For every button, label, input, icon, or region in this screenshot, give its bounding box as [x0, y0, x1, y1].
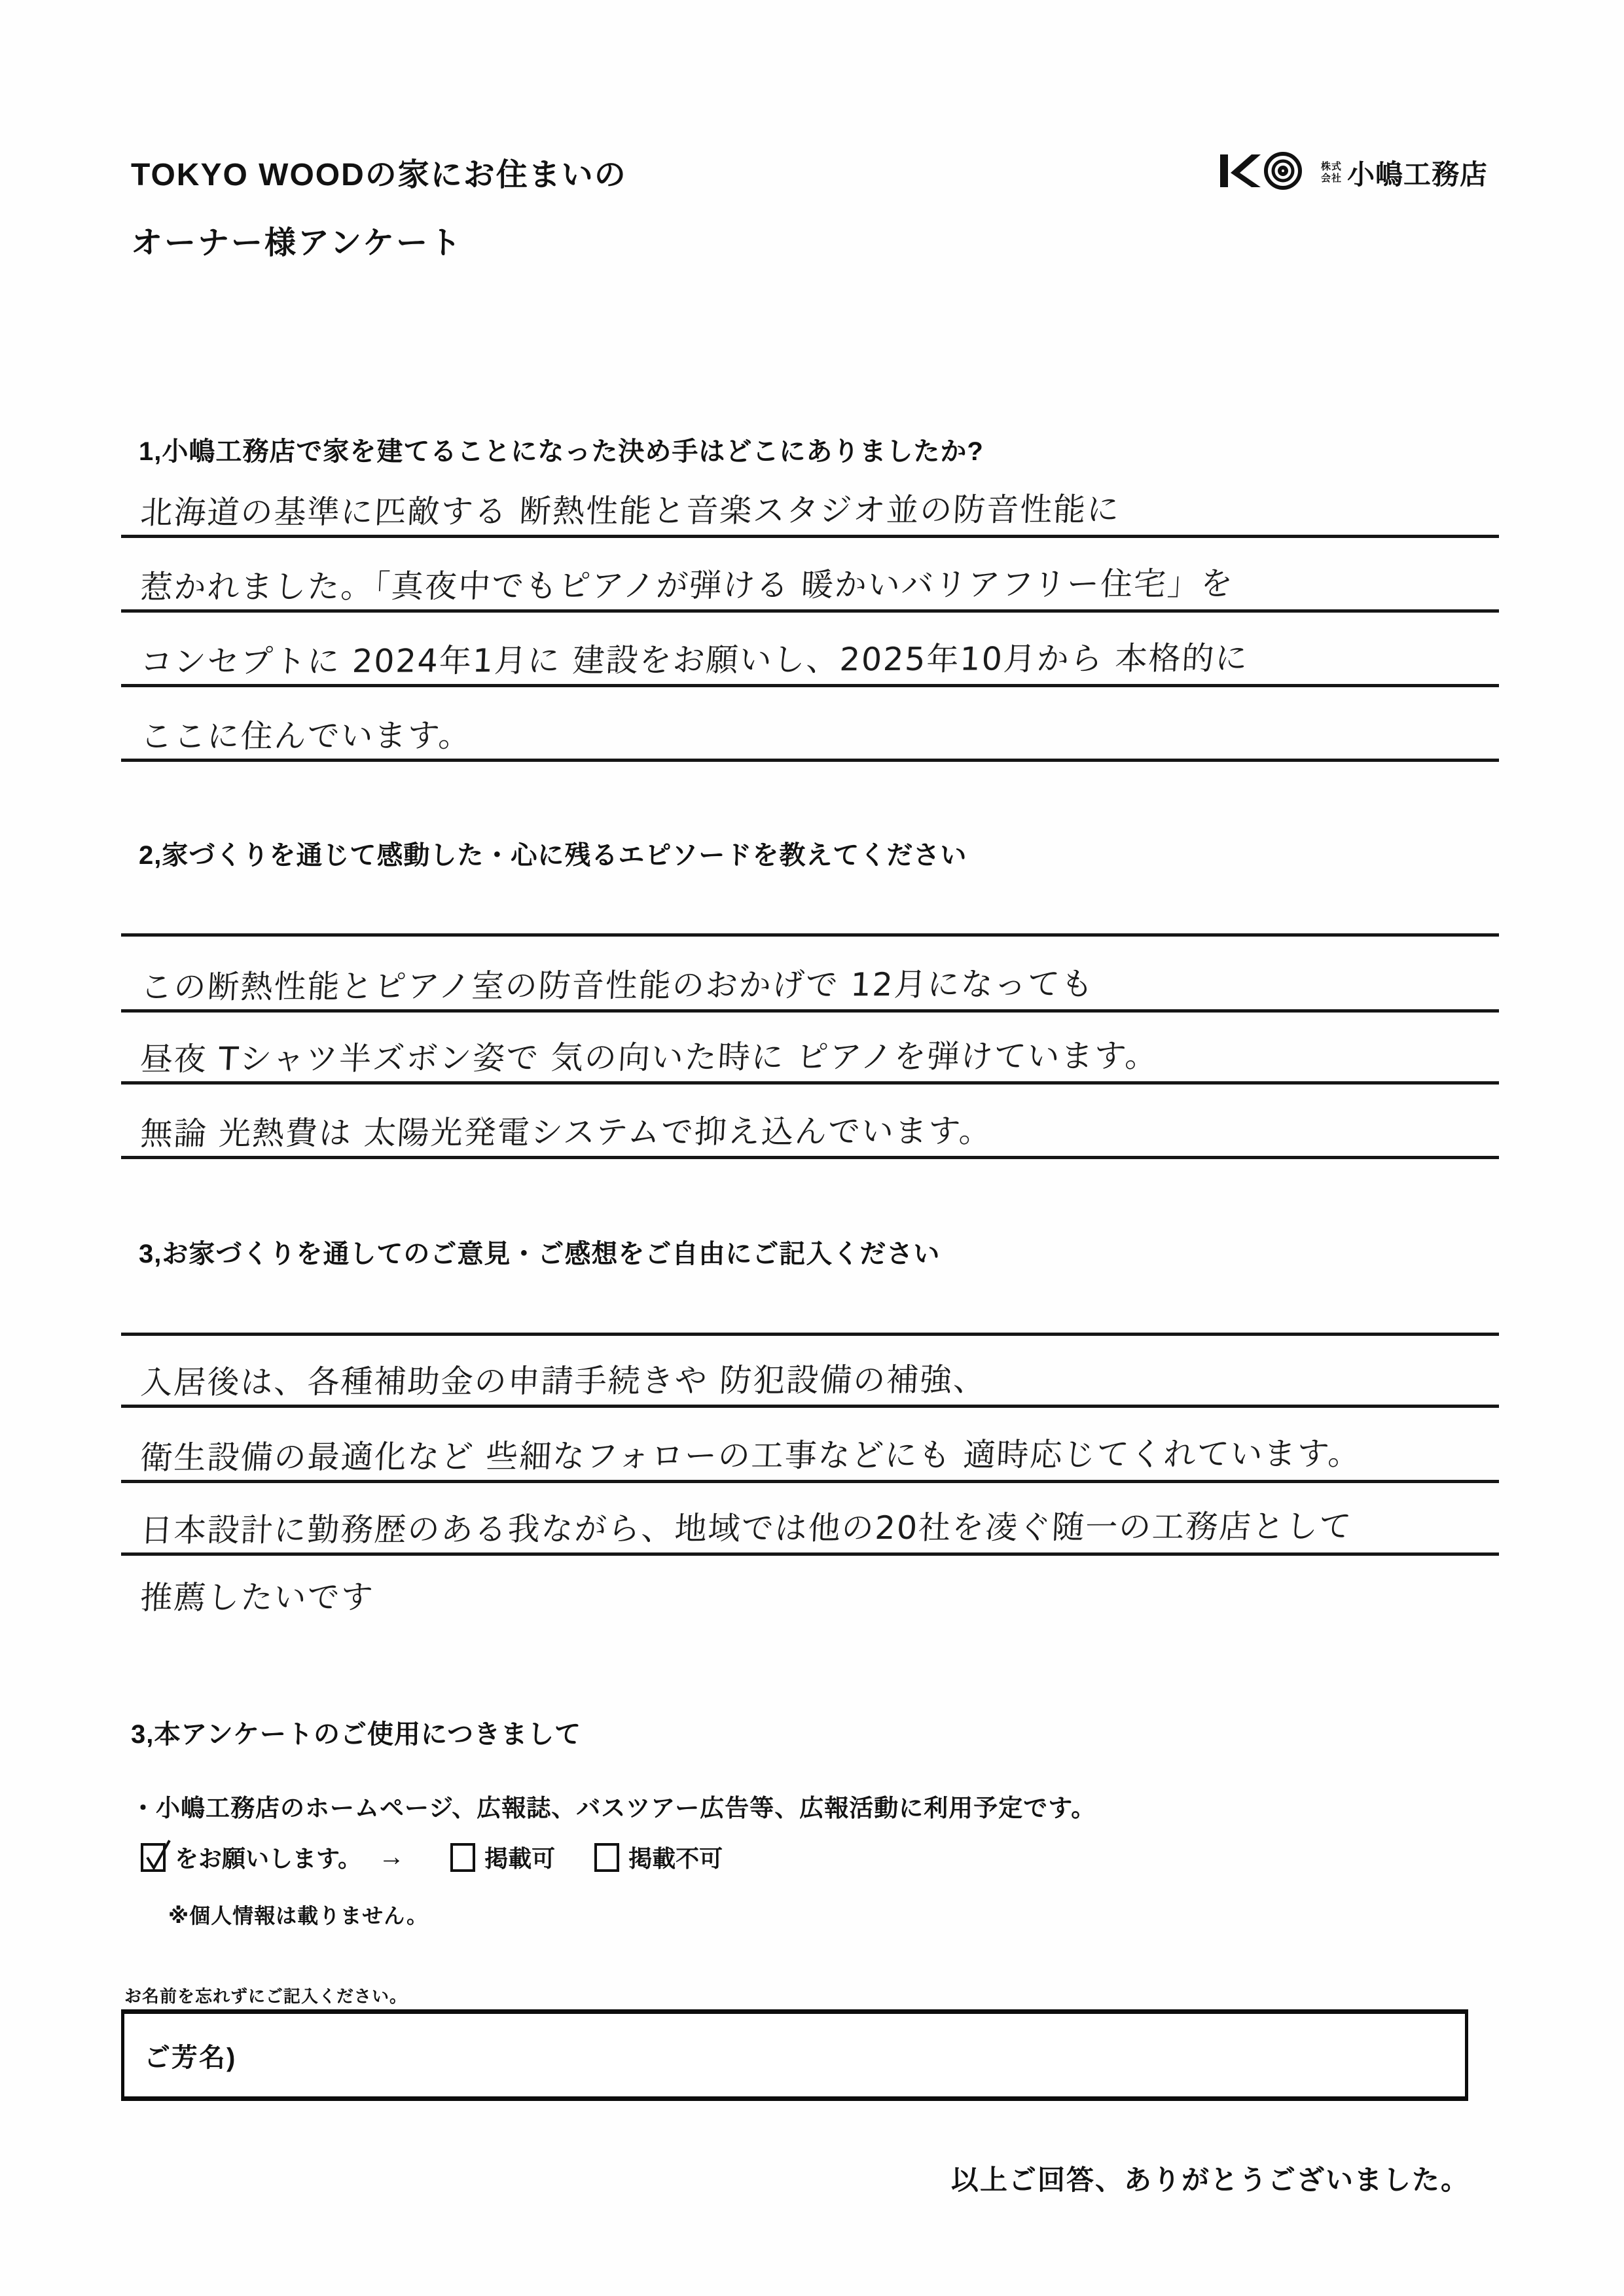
- page-title-line1: TOKYO WOODの家にお住まいの: [131, 149, 627, 194]
- question-3-label: 3,お家づくりを通してのご意見・ご感想をご自由にご記入ください: [139, 1233, 940, 1270]
- name-field[interactable]: ご芳名): [121, 2009, 1468, 2101]
- deny-publication-label: 掲載不可: [628, 1840, 723, 1874]
- handwritten-text: 惹かれました。「真夜中でもピアノが弾ける 暖かいバリアフリー住宅」を: [139, 558, 1235, 608]
- q1-answer-line-2: 惹かれました。「真夜中でもピアノが弾ける 暖かいバリアフリー住宅」を: [121, 547, 1499, 613]
- q3-answer-line-5: 推薦したいです: [121, 1554, 1499, 1620]
- q3-answer-line-4: 日本設計に勤務歴のある我ながら、地域では他の20社を凌ぐ随一の工務店として: [121, 1490, 1499, 1556]
- survey-document: TOKYO WOODの家にお住まいの オーナー様アンケート 株式 会社 小嶋工務…: [0, 0, 1624, 2296]
- check-request-label: をお願いします。: [175, 1840, 361, 1874]
- handwritten-text: 日本設計に勤務歴のある我ながら、地域では他の20社を凌ぐ随一の工務店として: [139, 1501, 1354, 1551]
- company-name: 小嶋工務店: [1347, 153, 1488, 192]
- question-2-label: 2,家づくりを通じて感動した・心に残るエピソードを教えてください: [139, 834, 967, 872]
- handwritten-text: 入居後は、各種補助金の申請手続きや 防犯設備の補強、: [139, 1354, 988, 1403]
- handwritten-text: 衛生設備の最適化など 些細なフォローの工事などにも 適時応じてくれています。: [139, 1428, 1363, 1479]
- arrow-icon: →: [378, 1842, 405, 1872]
- q2-answer-line-3: 昼夜 Tシャツ半ズボン姿で 気の向いた時に ピアノを弾けています。: [121, 1019, 1499, 1085]
- page-title-line2: オーナー様アンケート: [131, 217, 463, 262]
- handwritten-text: 推薦したいです: [139, 1572, 376, 1619]
- handwritten-text: この断熱性能とピアノ室の防音性能のおかげで 12月になっても: [139, 959, 1096, 1008]
- publication-choice-row: をお願いします。 → 掲載可 掲載不可: [141, 1840, 723, 1874]
- handwritten-text: 昼夜 Tシャツ半ズボン姿で 気の向いた時に ピアノを弾けています。: [139, 1031, 1160, 1080]
- company-legal-prefix-top: 株式: [1321, 161, 1342, 172]
- q3-answer-line-1: [121, 1270, 1499, 1336]
- company-legal-prefix: 株式 会社: [1321, 161, 1342, 184]
- allow-publication-checkbox[interactable]: [450, 1843, 475, 1872]
- closing-thanks: 以上ご回答、ありがとうございました。: [589, 2159, 1470, 2198]
- check-mark-icon: [141, 1838, 175, 1876]
- q2-answer-line-1: [121, 871, 1499, 937]
- checked-sample-checkbox[interactable]: [141, 1843, 166, 1872]
- company-logo: 株式 会社 小嶋工務店: [1218, 151, 1488, 194]
- name-instruction: お名前を忘れずにご記入ください。: [124, 1983, 407, 2007]
- company-logo-icon: [1218, 151, 1316, 194]
- deny-publication-checkbox[interactable]: [594, 1843, 619, 1872]
- q3-answer-line-3: 衛生設備の最適化など 些細なフォローの工事などにも 適時応じてくれています。: [121, 1418, 1499, 1483]
- privacy-note: ※個人情報は載りません。: [168, 1899, 428, 1929]
- q1-answer-line-1: 北海道の基準に匹敵する 断熱性能と音楽スタジオ並の防音性能に: [121, 473, 1499, 538]
- handwritten-text: ここに住んでいます。: [139, 710, 473, 757]
- question-1-label: 1,小嶋工務店で家を建てることになった決め手はどこにありましたか?: [139, 431, 984, 468]
- handwritten-text: 無論 光熱費は 太陽光発電システムで抑え込んでいます。: [139, 1105, 994, 1155]
- name-field-label: ご芳名): [144, 2037, 236, 2074]
- handwritten-text: 北海道の基準に匹敵する 断熱性能と音楽スタジオ並の防音性能に: [139, 484, 1121, 533]
- q1-answer-line-3: コンセプトに 2024年1月に 建設をお願いし、2025年10月から 本格的に: [121, 622, 1499, 687]
- company-legal-prefix-bottom: 会社: [1321, 173, 1342, 184]
- usage-section-heading: 3,本アンケートのご使用につきまして: [131, 1713, 581, 1751]
- q2-answer-line-2: この断熱性能とピアノ室の防音性能のおかげで 12月になっても: [121, 947, 1499, 1013]
- q2-answer-line-4: 無論 光熱費は 太陽光発電システムで抑え込んでいます。: [121, 1094, 1499, 1159]
- handwritten-text: コンセプトに 2024年1月に 建設をお願いし、2025年10月から 本格的に: [139, 633, 1250, 683]
- usage-bullet-text: ・小嶋工務店のホームページ、広報誌、バスツアー広告等、広報活動に利用予定です。: [131, 1788, 1096, 1823]
- q1-answer-line-4: ここに住んでいます。: [121, 696, 1499, 762]
- allow-publication-label: 掲載可: [484, 1840, 555, 1874]
- q3-answer-line-2: 入居後は、各種補助金の申請手続きや 防犯設備の補強、: [121, 1342, 1499, 1408]
